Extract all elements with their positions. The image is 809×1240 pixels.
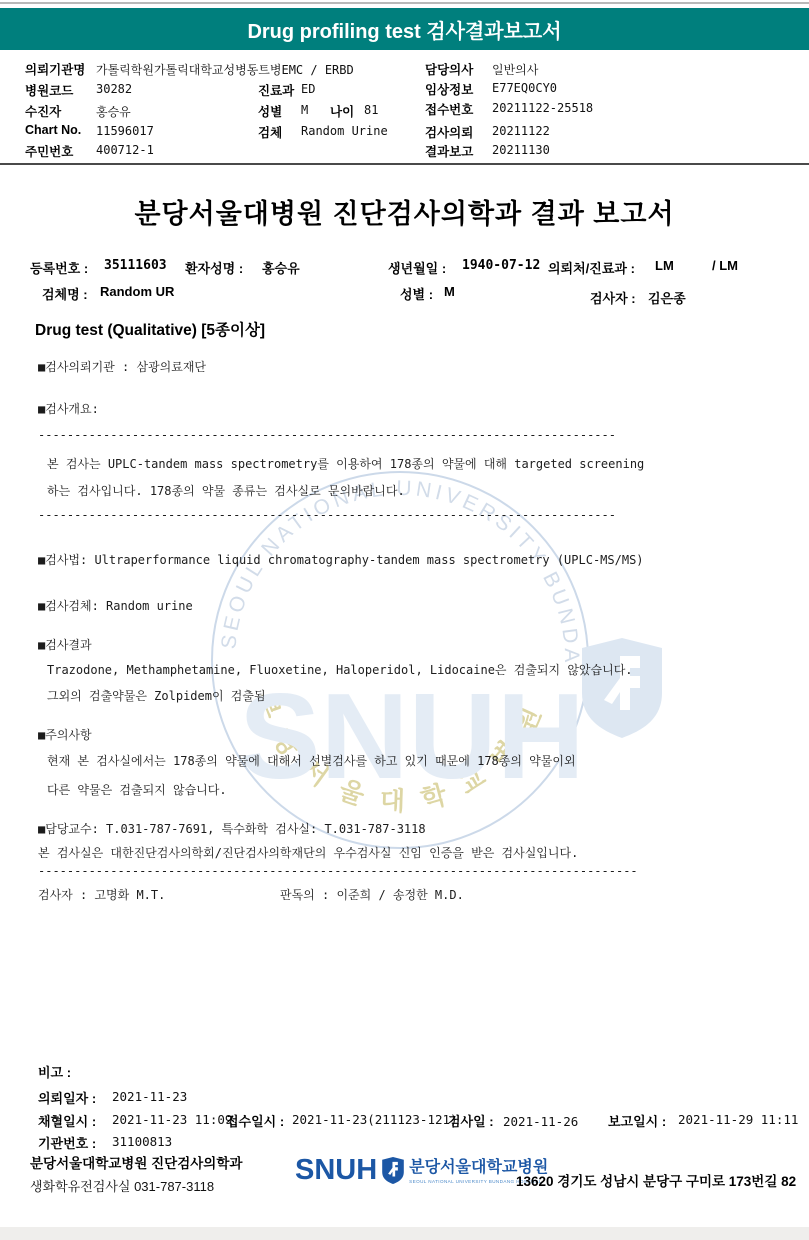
report-line: Trazodone, Methamphetamine, Fluoxetine, … <box>47 661 633 678</box>
field-label: 채혈일시 : <box>38 1111 96 1130</box>
report-line: 본 검사는 UPLC-tandem mass spectrometry를 이용하… <box>47 455 644 472</box>
field-value: M <box>301 103 308 117</box>
field-value: 2021-11-23 11:09 <box>112 1112 232 1127</box>
report-title: 분당서울대병원 진단검사의학과 결과 보고서 <box>0 192 809 231</box>
field-label: 의뢰기관명 <box>25 60 85 78</box>
patient-value: / LM <box>712 258 738 273</box>
banner-title: Drug profiling test 검사결과보고서 <box>0 8 809 50</box>
snuh-logo: SNUH 분당서울대학교병원 SEOUL NATIONAL UNIVERSITY… <box>295 1156 548 1185</box>
top-divider <box>0 2 809 4</box>
field-label: 보고일시 : <box>608 1111 666 1130</box>
note-label: 비고 : <box>38 1062 71 1081</box>
patient-value: M <box>444 284 455 299</box>
field-value: 11596017 <box>96 124 154 138</box>
patient-label: 생년월일 : <box>388 258 446 277</box>
report-divider-line: ----------------------------------------… <box>38 864 638 878</box>
seal-snuh-text: SNUH <box>239 668 585 804</box>
field-label: 검사의뢰 <box>425 123 473 141</box>
field-value: 2021-11-29 11:11 <box>678 1112 798 1127</box>
field-label: 진료과 <box>258 81 294 99</box>
report-divider-line: ----------------------------------------… <box>38 508 616 522</box>
field-label: 수진자 <box>25 102 61 120</box>
patient-label: 검체명 : <box>42 284 88 303</box>
report-line: 본 검사실은 대한진단검사의학회/진단검사의학재단의 우수검사실 신임 인증을 … <box>38 844 578 861</box>
field-label: 검체 <box>258 123 282 141</box>
footer-lab-phone: 생화학유전검사실 031-787-3118 <box>30 1176 214 1195</box>
field-label: 접수번호 <box>425 100 473 118</box>
field-value: 20211122 <box>492 124 550 138</box>
patient-label: 의뢰처/진료과 : <box>548 258 635 277</box>
patient-label: 환자성명 : <box>185 258 243 277</box>
report-line: ■담당교수: T.031-787-7691, 특수화학 검사실: T.031-7… <box>38 820 426 837</box>
snuh-logo-text: SNUH <box>295 1156 377 1185</box>
field-label: 의뢰일자 : <box>38 1088 96 1107</box>
field-value: 81 <box>364 103 378 117</box>
field-value: 31100813 <box>112 1134 172 1149</box>
report-line: ■검사검체: Random urine <box>38 597 193 614</box>
snuh-shield-icon <box>382 1157 404 1184</box>
field-label: 검사일 : <box>448 1111 494 1130</box>
signature-tech: 검사자 : 고명화 M.T. <box>38 886 165 903</box>
report-line: ■검사법: Ultraperformance liquid chromatogr… <box>38 551 644 568</box>
field-label: 담당의사 <box>425 60 473 78</box>
field-label: 기관번호 : <box>38 1133 96 1152</box>
bottom-strip <box>0 1227 809 1240</box>
patient-label: 등록번호 : <box>30 258 88 277</box>
report-line: 다른 약물은 검출되지 않습니다. <box>47 781 227 798</box>
field-value: E77EQ0CY0 <box>492 81 557 95</box>
field-label: 주민번호 <box>25 142 73 160</box>
footer-department: 분당서울대학교병원 진단검사의학과 <box>30 1152 242 1172</box>
footer-address: 13620 경기도 성남시 분당구 구미로 173번길 82 <box>516 1170 796 1190</box>
field-value: 가톨릭학원가톨릭대학교성병동트병EMC / ERBD <box>96 61 354 78</box>
field-value: 400712-1 <box>96 143 154 157</box>
field-value: 2021-11-23(211123-121) <box>292 1112 458 1127</box>
field-value: 20211122-25518 <box>492 101 593 115</box>
field-label: 병원코드 <box>25 81 73 99</box>
header-divider <box>0 163 809 165</box>
field-label: 임상정보 <box>425 80 473 98</box>
report-line: ■주의사항 <box>38 726 92 743</box>
report-line: ■검사의뢰기관 : 삼광의료재단 <box>38 358 206 375</box>
patient-value: 김은종 <box>648 288 686 307</box>
field-label: Chart No. <box>25 123 81 137</box>
field-value: 2021-11-23 <box>112 1089 187 1104</box>
patient-value: LM <box>655 258 674 273</box>
field-label: 접수일시 : <box>226 1111 284 1130</box>
report-line: ■검사개요: <box>38 400 99 417</box>
seal-shield-icon <box>582 638 662 738</box>
field-label: 결과보고 <box>425 142 473 160</box>
signature-md: 판독의 : 이준희 / 송정한 M.D. <box>280 886 464 903</box>
patient-value: 홍승유 <box>262 258 300 277</box>
field-label: 나이 <box>330 102 354 120</box>
report-line: 그외의 검출약물은 Zolpidem이 검출됨 <box>47 687 266 704</box>
field-value: Random Urine <box>301 124 388 138</box>
patient-label: 검사자 : <box>590 288 636 307</box>
field-value: 홍승유 <box>96 103 131 120</box>
field-value: 30282 <box>96 82 132 96</box>
patient-label: 성별 : <box>400 284 433 303</box>
patient-value: 1940-07-12 <box>462 258 540 273</box>
report-line: 하는 검사입니다. 178종의 약물 종류는 검사실로 문의바랍니다. <box>47 482 405 499</box>
field-value: 일반의사 <box>492 61 538 78</box>
seal-ring <box>212 472 588 848</box>
field-value: 2021-11-26 <box>503 1114 578 1129</box>
field-value: ED <box>301 82 315 96</box>
report-page: Drug profiling test 검사결과보고서 의뢰기관명 가톨릭학원가… <box>0 0 809 1240</box>
report-line: 현재 본 검사실에서는 178종의 약물에 대해서 선별검사를 하고 있기 때문… <box>47 752 576 769</box>
patient-value: Random UR <box>100 284 174 299</box>
field-value: 20211130 <box>492 143 550 157</box>
test-title: Drug test (Qualitative) [5종이상] <box>35 318 265 340</box>
report-divider-line: ----------------------------------------… <box>38 428 616 442</box>
field-label: 성별 <box>258 102 282 120</box>
patient-value: 35111603 <box>104 258 167 273</box>
report-line: ■검사결과 <box>38 636 92 653</box>
